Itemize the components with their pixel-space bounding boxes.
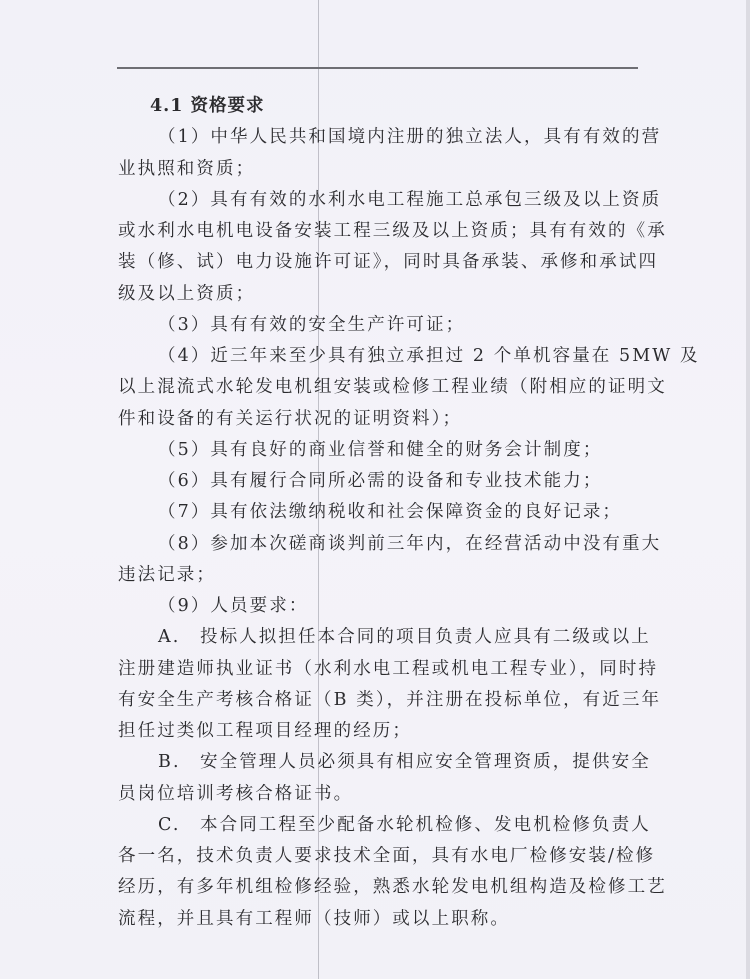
item-2-line-1: （2）具有有效的水利水电工程施工总承包三级及以上资质	[118, 185, 638, 216]
item-4-line-3: 件和设备的有关运行状况的证明资料）；	[118, 404, 638, 435]
item-4-line-2: 以上混流式水轮发电机组安装或检修工程业绩（附相应的证明文	[118, 372, 638, 403]
personnel-a-line-1: A.投标人拟担任本合同的项目负责人应具有二级或以上	[118, 622, 638, 653]
item-2-line-4: 级及以上资质；	[118, 279, 638, 310]
personnel-a-line-2: 注册建造师执业证书（水利水电工程或机电工程专业），同时持	[118, 654, 638, 685]
page-right-edge	[746, 0, 750, 979]
personnel-b-text-1: 安全管理人员必须具有相应安全管理资质，提供安全	[200, 752, 651, 772]
personnel-b-line-2: 员岗位培训考核合格证书。	[118, 779, 638, 810]
personnel-c-line-3: 经历，有多年机组检修经验，熟悉水轮发电机组构造及检修工艺	[118, 872, 638, 903]
personnel-b-line-1: B.安全管理人员必须具有相应安全管理资质，提供安全	[118, 747, 638, 778]
personnel-a-line-3: 有安全生产考核合格证（B 类），并注册在投标单位，有近三年	[118, 685, 638, 716]
item-3-line-1: （3）具有有效的安全生产许可证；	[118, 310, 638, 341]
item-8-line-1: （8）参加本次磋商谈判前三年内，在经营活动中没有重大	[118, 529, 638, 560]
item-6-line-1: （6）具有履行合同所必需的设备和专业技术能力；	[118, 466, 638, 497]
item-1-line-1: （1）中华人民共和国境内注册的独立法人，具有有效的营	[118, 122, 638, 153]
item-5-line-1: （5）具有良好的商业信誉和健全的财务会计制度；	[118, 435, 638, 466]
personnel-c-marker: C.	[158, 810, 200, 841]
header-rule	[117, 67, 638, 69]
personnel-a-line-4: 担任过类似工程项目经理的经历；	[118, 716, 638, 747]
item-2-line-3: 装（修、试）电力设施许可证》，同时具备承装、承修和承试四	[118, 247, 638, 278]
personnel-a-text-1: 投标人拟担任本合同的项目负责人应具有二级或以上	[200, 627, 651, 647]
item-7-line-1: （7）具有依法缴纳税收和社会保障资金的良好记录；	[118, 497, 638, 528]
item-8-line-2: 违法记录；	[118, 560, 638, 591]
document-body: 4.1 资格要求 （1）中华人民共和国境内注册的独立法人，具有有效的营 业执照和…	[118, 91, 638, 935]
section-heading: 4.1 资格要求	[118, 91, 638, 122]
personnel-c-line-4: 流程，并且具有工程师（技师）或以上职称。	[118, 904, 638, 935]
personnel-c-text-1: 本合同工程至少配备水轮机检修、发电机检修负责人	[200, 815, 651, 835]
personnel-b-marker: B.	[158, 747, 200, 778]
personnel-c-line-1: C.本合同工程至少配备水轮机检修、发电机检修负责人	[118, 810, 638, 841]
personnel-a-marker: A.	[158, 622, 200, 653]
item-1-line-2: 业执照和资质；	[118, 154, 638, 185]
scanned-page: 4.1 资格要求 （1）中华人民共和国境内注册的独立法人，具有有效的营 业执照和…	[0, 0, 750, 979]
item-4-line-1: （4）近三年来至少具有独立承担过 2 个单机容量在 5MW 及	[118, 341, 638, 372]
item-9-line-1: （9）人员要求：	[118, 591, 638, 622]
personnel-c-line-2: 各一名，技术负责人要求技术全面，具有水电厂检修安装/检修	[118, 841, 638, 872]
item-2-line-2: 或水利水电机电设备安装工程三级及以上资质；具有有效的《承	[118, 216, 638, 247]
